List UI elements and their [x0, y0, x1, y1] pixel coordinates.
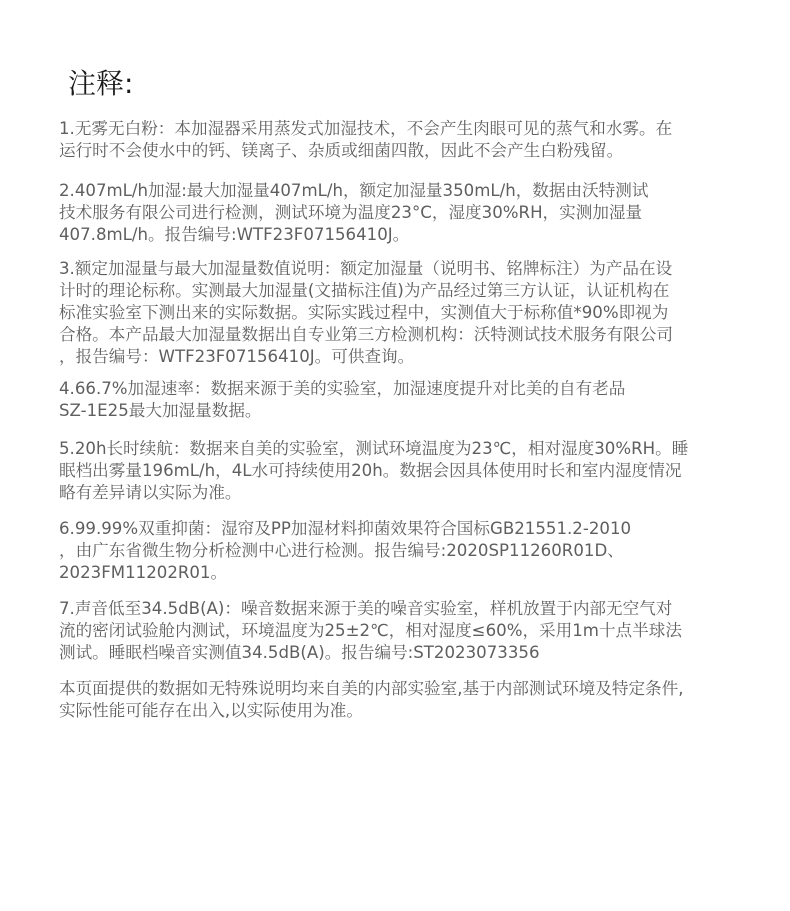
page-title: 注释: [68, 64, 133, 104]
note-1-no-mist-no-white-powder: 1.无雾无白粉：本加湿器采用蒸发式加湿技术，不会产生肉眼可见的蒸气和水雾。在 运… [59, 118, 749, 162]
note-5-battery-life: 5.20h长时续航：数据来自美的实验室，测试环境温度为23℃，相对湿度30%RH… [59, 438, 749, 504]
note-4-humidification-speed: 4.66.7%加湿速率：数据来源于美的实验室，加湿速度提升对比美的自有老品 SZ… [59, 378, 749, 422]
note-3-rated-vs-max-humidification: 3.额定加湿量与最大加湿量数值说明：额定加湿量（说明书、铭牌标注）为产品在设 计… [59, 258, 749, 368]
note-6-antibacterial: 6.99.99%双重抑菌：湿帘及PP加湿材料抑菌效果符合国标GB21551.2-… [59, 518, 749, 584]
disclaimer-text: 本页面提供的数据如无特殊说明均来自美的内部实验室,基于内部测试环境及特定条件, … [59, 678, 749, 722]
note-7-low-noise: 7.声音低至34.5dB(A)：噪音数据来源于美的噪音实验室，样机放置于内部无空… [59, 598, 749, 664]
note-2-humidification-rate: 2.407mL/h加湿:最大加湿量407mL/h，额定加湿量350mL/h，数据… [59, 180, 749, 246]
